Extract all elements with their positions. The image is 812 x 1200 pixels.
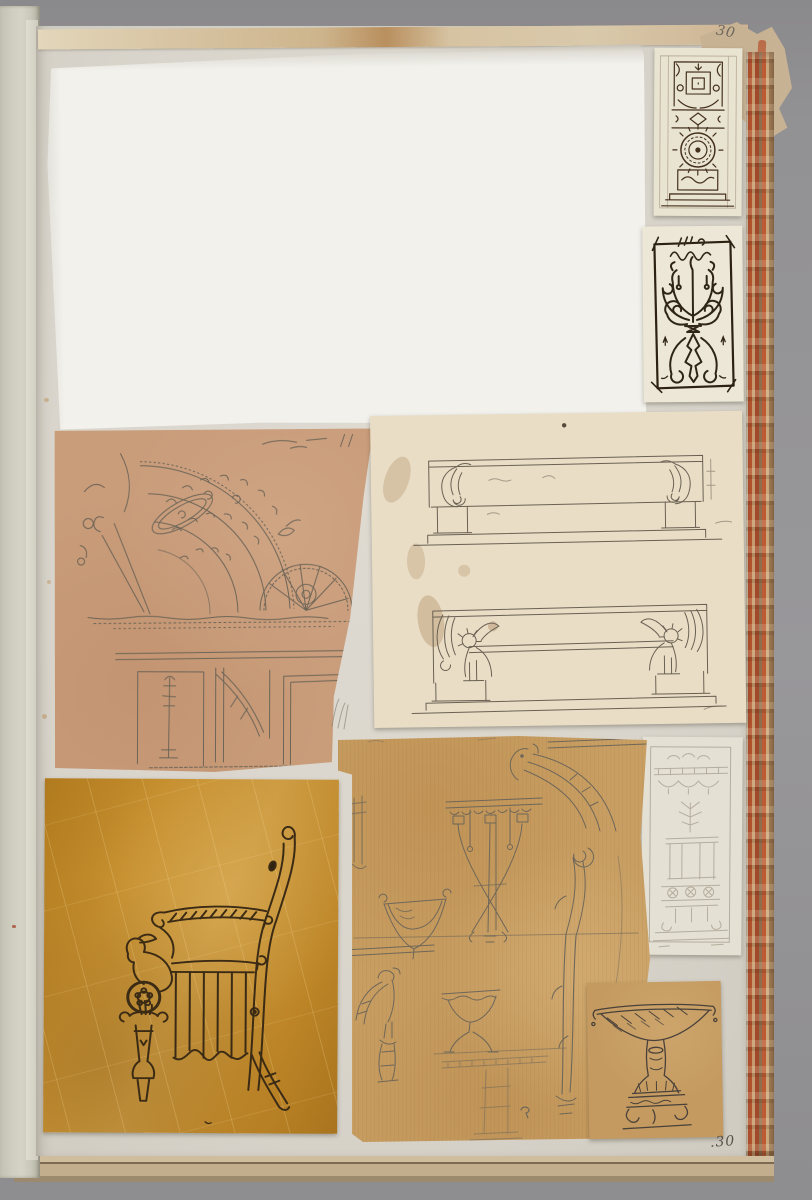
page-number-bottom: .30 — [709, 1133, 735, 1151]
page-number-top-text: 30 — [715, 23, 737, 42]
pencil-scribble-marks — [330, 696, 350, 742]
tazza-study — [587, 981, 724, 1139]
blank-white-sheet — [46, 44, 649, 431]
page-number-top: 30 — [715, 23, 737, 42]
page-freckle — [44, 398, 49, 402]
lunette-interior-study — [53, 427, 376, 772]
anthemion-panel-study — [642, 226, 744, 403]
scrapbook-photo: 30 .30 — [0, 0, 812, 1200]
fore-edge-texture — [746, 52, 774, 1156]
bench-designs-drawing — [370, 411, 746, 728]
armchair-profile-study — [43, 778, 339, 1134]
page-freckle — [42, 714, 47, 719]
page-number-bottom-text: .30 — [709, 1133, 735, 1151]
two-bench-designs — [370, 411, 746, 728]
armchair-drawing — [43, 778, 339, 1134]
stains — [377, 423, 570, 649]
anthemion-drawing — [642, 226, 744, 403]
faint-altar-panel-study — [641, 737, 743, 956]
pedestal-clock-drawing — [654, 48, 743, 216]
cover-red-speck — [12, 925, 16, 928]
lunette-drawing — [53, 427, 376, 772]
tazza-drawing — [587, 981, 724, 1139]
faint-altar-drawing — [641, 737, 743, 956]
pedestal-clock-study — [654, 48, 743, 216]
pencil-scribble — [330, 696, 350, 742]
page-freckle — [47, 580, 51, 584]
